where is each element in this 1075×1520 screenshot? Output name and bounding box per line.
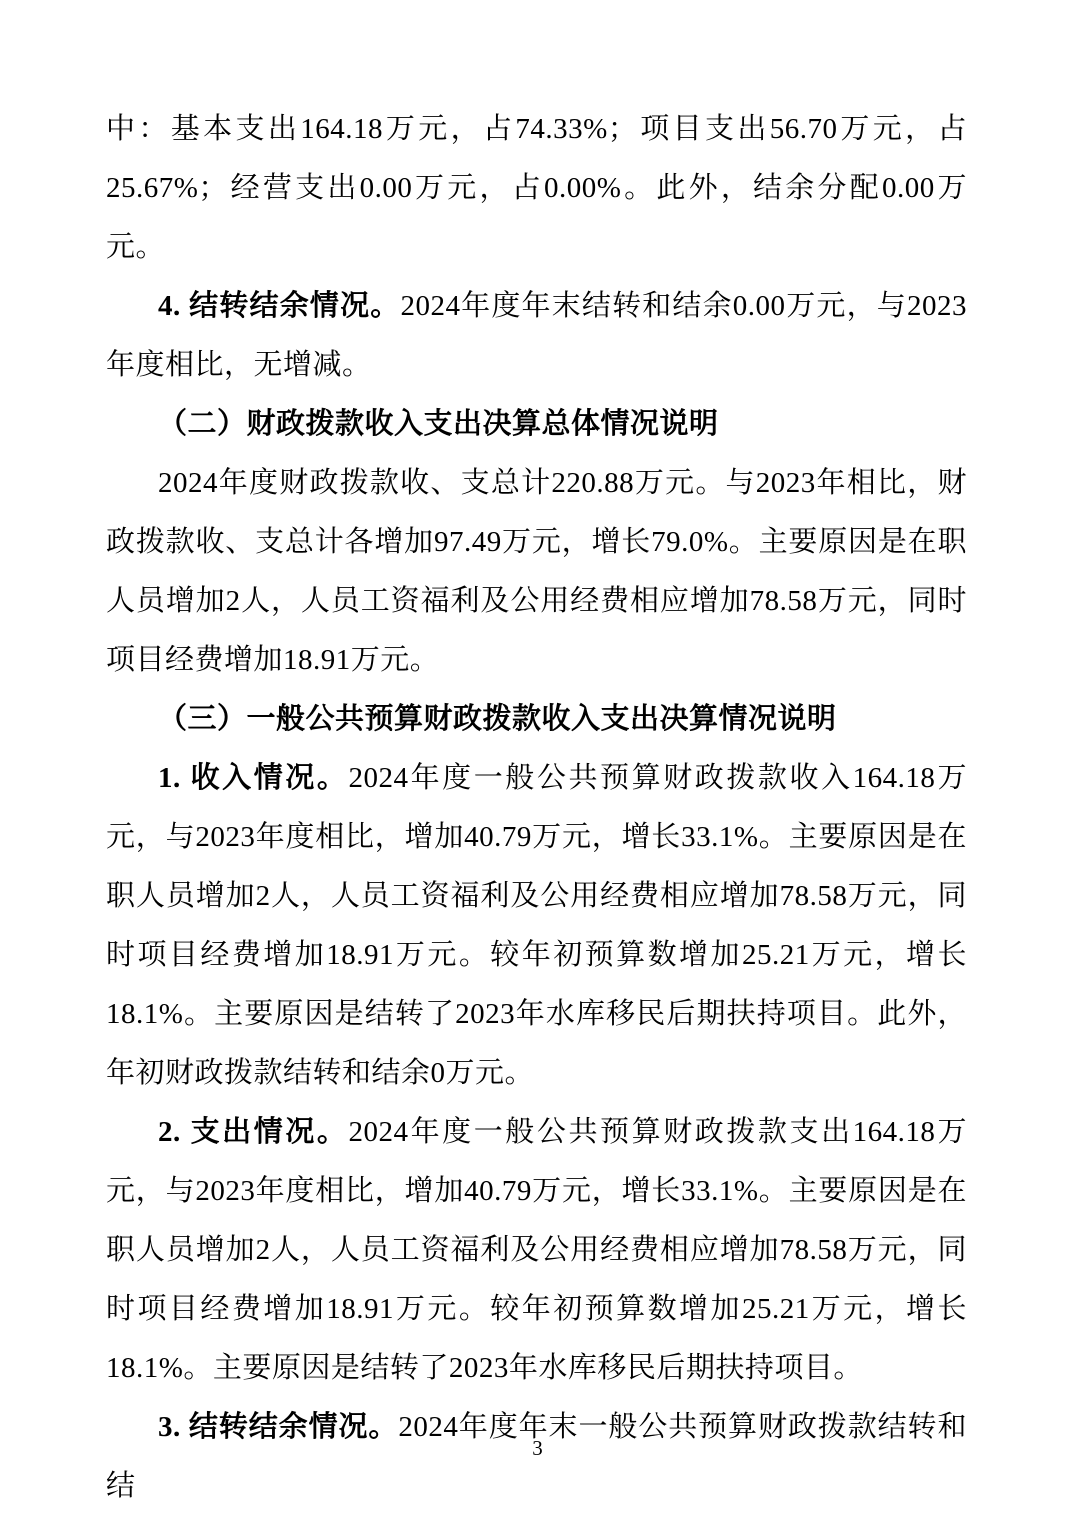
paragraph-continued-expenditure-breakdown: 中：基本支出164.18万元，占74.33%；项目支出56.70万元，占25.6… — [106, 100, 967, 277]
paragraph-text: 中：基本支出164.18万元，占74.33%；项目支出56.70万元，占25.6… — [106, 113, 967, 263]
item-text: 2024年度一般公共预算财政拨款收入164.18万元，与2023年度相比，增加4… — [106, 762, 967, 1089]
paragraph-item-4-carryover-balance: 4. 结转结余情况。2024年度年末结转和结余0.00万元，与2023年度相比，… — [106, 277, 967, 395]
paragraph-text: 2024年度财政拨款收、支总计220.88万元。与2023年相比，财政拨款收、支… — [106, 467, 967, 676]
paragraph-item-2-expenditure: 2. 支出情况。2024年度一般公共预算财政拨款支出164.18万元，与2023… — [106, 1103, 967, 1398]
section-heading-2-fiscal-appropriation: （二）财政拨款收入支出决算总体情况说明 — [106, 395, 967, 454]
item-text: 2024年度一般公共预算财政拨款支出164.18万元，与2023年度相比，增加4… — [106, 1116, 967, 1384]
item-lead: 1. 收入情况。 — [158, 762, 348, 794]
item-lead: 4. 结转结余情况。 — [158, 290, 400, 322]
page-number: 3 — [0, 1433, 1075, 1463]
heading-text: （二）财政拨款收入支出决算总体情况说明 — [158, 408, 719, 440]
paragraph-section-2-overview: 2024年度财政拨款收、支总计220.88万元。与2023年相比，财政拨款收、支… — [106, 454, 967, 690]
item-lead: 2. 支出情况。 — [158, 1116, 348, 1148]
document-page: 中：基本支出164.18万元，占74.33%；项目支出56.70万元，占25.6… — [0, 0, 1075, 1520]
paragraph-item-1-income: 1. 收入情况。2024年度一般公共预算财政拨款收入164.18万元，与2023… — [106, 749, 967, 1103]
section-heading-3-general-public-budget: （三）一般公共预算财政拨款收入支出决算情况说明 — [106, 690, 967, 749]
heading-text: （三）一般公共预算财政拨款收入支出决算情况说明 — [158, 703, 837, 735]
document-body: 中：基本支出164.18万元，占74.33%；项目支出56.70万元，占25.6… — [106, 100, 967, 1516]
